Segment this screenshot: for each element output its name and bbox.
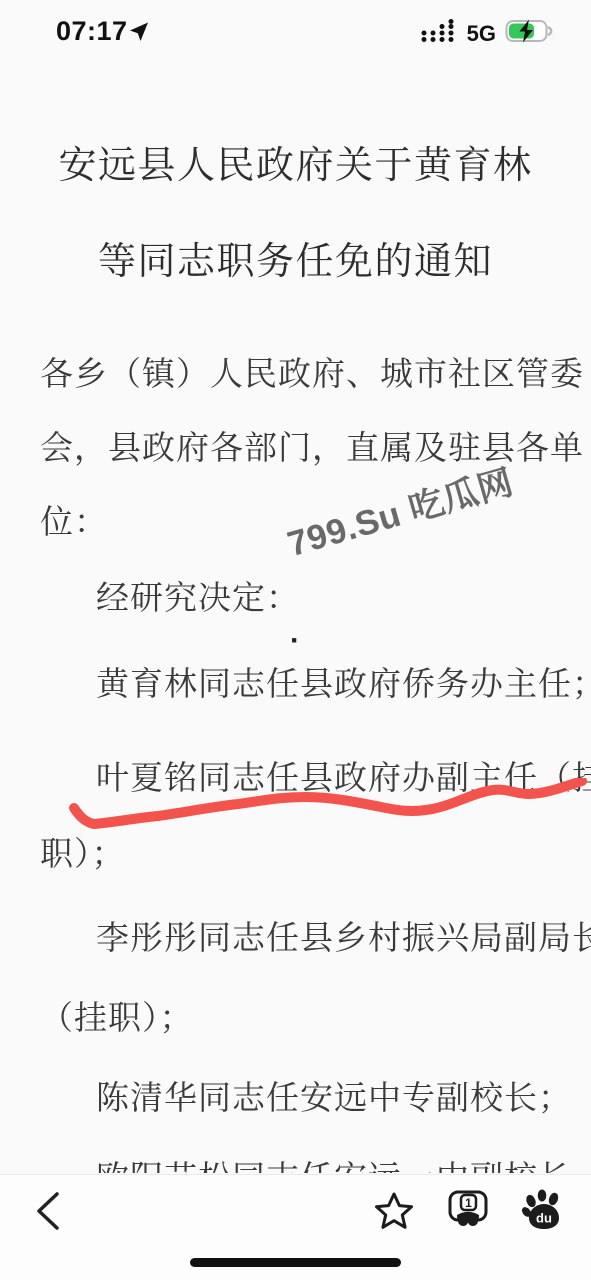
body-paragraph-line-3: 位：: [40, 496, 108, 543]
appointment-line-3: 李彤彤同志任县乡村振兴局副局长: [96, 912, 591, 959]
appointment-line-1: 黄育林同志任县政府侨务办主任；: [96, 658, 591, 705]
back-chevron-icon: [31, 1189, 65, 1238]
star-icon: [373, 1190, 415, 1237]
status-bar-right: 5G: [420, 18, 555, 49]
cellular-signal-icon: [420, 19, 458, 48]
battery-charging-icon: [505, 18, 555, 49]
clock-time: 07:17: [56, 16, 128, 47]
baidu-du-label: du: [536, 1210, 552, 1225]
location-arrow-icon: [128, 21, 150, 48]
home-indicator[interactable]: [190, 1258, 401, 1267]
tabs-button[interactable]: 1: [444, 1189, 492, 1237]
body-paragraph-line-1: 各乡（镇）人民政府、城市社区管委: [40, 348, 584, 395]
red-wavy-underline: [66, 778, 591, 841]
status-bar: 07:17 5G: [0, 14, 591, 48]
decision-line: 经研究决定：: [96, 572, 300, 619]
appointment-line-3b: （挂职）；: [40, 992, 194, 1039]
back-button[interactable]: [24, 1189, 72, 1237]
baidu-home-button[interactable]: du: [520, 1189, 568, 1237]
network-type-label: 5G: [467, 21, 496, 47]
document-title-line-1: 安远县人民政府关于黄育林: [0, 134, 591, 189]
tab-count-label: 1: [465, 1196, 472, 1210]
appointment-line-2b: 职）；: [40, 828, 126, 875]
appointment-line-5-clipped: 欧阳艺松同志任安远一中副校长: [96, 1152, 572, 1173]
favorite-button[interactable]: [370, 1189, 418, 1237]
document-title-line-2: 等同志职务任免的通知: [0, 230, 591, 285]
appointment-line-4: 陈清华同志任安远中专副校长；: [96, 1072, 572, 1119]
tab-count-mask-icon: 1: [445, 1188, 491, 1239]
baidu-paw-icon: du: [521, 1188, 567, 1239]
stray-dot-mark: ·: [290, 624, 300, 658]
phone-screen: 07:17 5G: [0, 0, 591, 1280]
